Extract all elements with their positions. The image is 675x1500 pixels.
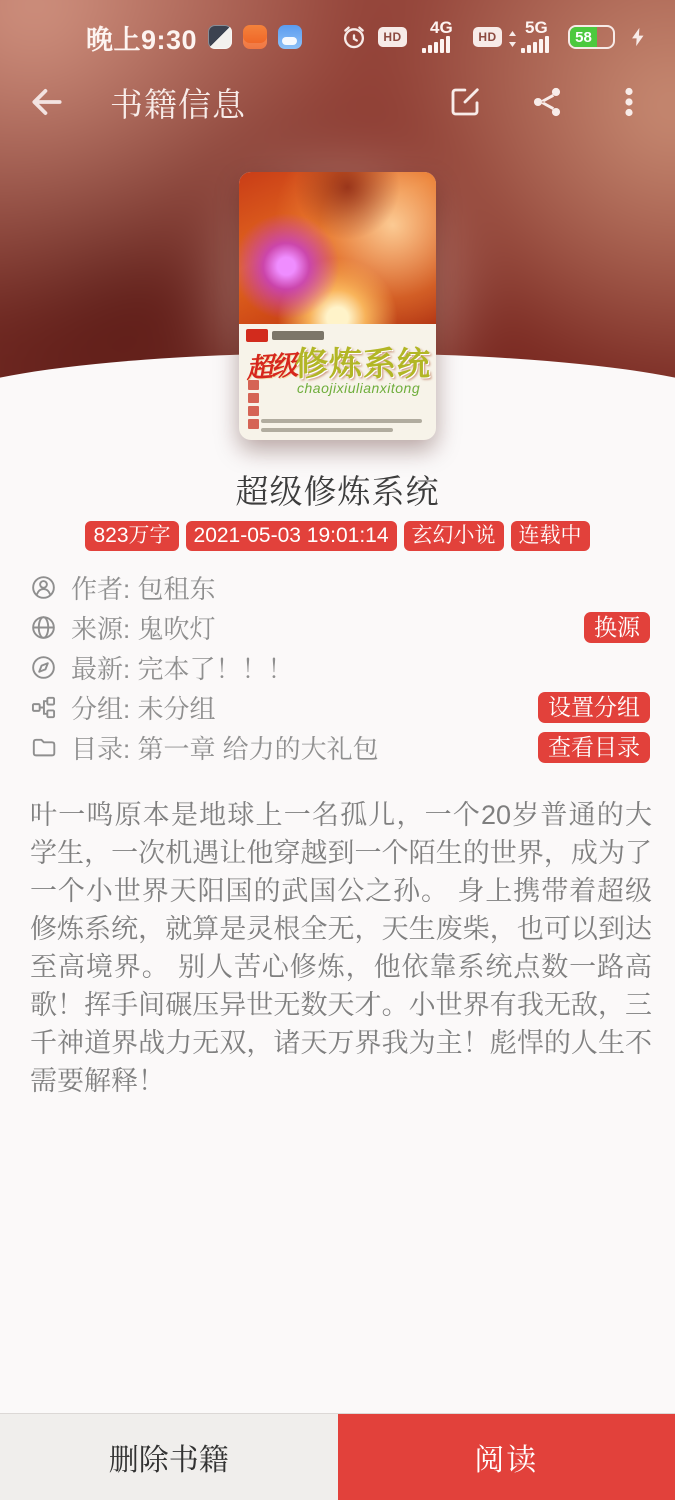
charging-bolt-icon <box>627 24 649 50</box>
read-button[interactable]: 阅读 <box>338 1414 675 1500</box>
genre-badge: 玄幻小说 <box>404 521 504 551</box>
clock-time: 晚上9:30 <box>86 18 197 57</box>
updated-time-badge: 2021-05-03 19:01:14 <box>186 521 397 551</box>
notification-app-icon-collage <box>208 25 232 49</box>
share-icon[interactable] <box>529 84 565 120</box>
set-group-button[interactable]: 设置分组 <box>538 692 650 723</box>
author-label: 作者: 包租东 <box>71 569 215 606</box>
bottom-action-bar: 删除书籍 阅读 <box>0 1413 675 1500</box>
app-bar: 书籍信息 <box>0 62 675 142</box>
signal-bars-icon <box>521 36 549 53</box>
folder-icon <box>30 734 57 761</box>
status-badge: 连载中 <box>511 521 590 551</box>
battery-icon: 58 <box>568 25 615 49</box>
status-right: HD 4G HD 5G 58 <box>340 19 649 55</box>
back-icon[interactable] <box>28 83 66 121</box>
data-arrows-icon <box>508 31 517 52</box>
word-count-badge: 823万字 <box>85 521 178 551</box>
cover-title-pinyin: chaojixiulianxitong <box>297 380 420 396</box>
cover-title-main: 修炼系统 <box>295 338 431 385</box>
hd-badge: HD <box>378 27 407 47</box>
cover-artwork <box>239 172 436 324</box>
globe-icon <box>30 614 57 641</box>
compass-icon <box>30 654 57 681</box>
appbar-actions <box>447 84 647 120</box>
status-left: 晚上9:30 <box>86 18 302 57</box>
cover-fine-print <box>261 414 422 432</box>
source-row[interactable]: 来源: 鬼吹灯 换源 <box>30 607 650 647</box>
book-description[interactable]: 叶一鸣原本是地球上一名孤儿，一个20岁普通的大学生，一次机遇让他穿越到一个陌生的… <box>30 796 652 1100</box>
change-source-button[interactable]: 换源 <box>584 612 650 643</box>
book-info-list: 作者: 包租东 来源: 鬼吹灯 换源 最新: 完本了！！！ <box>30 567 650 767</box>
signal-4g: 4G <box>417 19 463 55</box>
group-row[interactable]: 分组: 未分组 设置分组 <box>30 687 650 727</box>
group-label: 分组: 未分组 <box>71 689 215 726</box>
person-icon <box>30 574 57 601</box>
signal-bars-icon <box>422 36 450 53</box>
notification-app-icon-weather <box>278 25 302 49</box>
page-title: 书籍信息 <box>110 79 246 126</box>
author-row[interactable]: 作者: 包租东 <box>30 567 650 607</box>
badge-row: 823万字 2021-05-03 19:01:14 玄幻小说 连载中 <box>0 521 675 551</box>
cover-side-text <box>248 380 259 429</box>
latest-chapter-label: 最新: 完本了！！！ <box>71 649 293 686</box>
cover-title-panel: 超级 修炼系统 chaojixiulianxitong <box>239 324 436 440</box>
edit-icon[interactable] <box>447 84 483 120</box>
status-bar: 晚上9:30 HD 4G HD 5G <box>0 0 675 62</box>
battery-level: 58 <box>570 27 597 47</box>
view-toc-button[interactable]: 查看目录 <box>538 732 650 763</box>
signal-5g: 5G <box>512 19 558 55</box>
hd-badge: HD <box>473 27 502 47</box>
book-title: 超级修炼系统 <box>0 466 675 513</box>
notification-app-icon-orange <box>243 25 267 49</box>
more-icon[interactable] <box>611 84 647 120</box>
alarm-icon <box>340 23 368 51</box>
source-label: 来源: 鬼吹灯 <box>71 609 215 646</box>
toc-row[interactable]: 目录: 第一章 给力的大礼包 查看目录 <box>30 727 650 767</box>
toc-label: 目录: 第一章 给力的大礼包 <box>71 729 379 766</box>
group-icon <box>30 694 57 721</box>
latest-chapter-row[interactable]: 最新: 完本了！！！ <box>30 647 650 687</box>
book-cover[interactable]: 超级 修炼系统 chaojixiulianxitong <box>239 172 436 440</box>
delete-book-button[interactable]: 删除书籍 <box>0 1414 338 1500</box>
book-info-screen: 晚上9:30 HD 4G HD 5G <box>0 0 675 1500</box>
